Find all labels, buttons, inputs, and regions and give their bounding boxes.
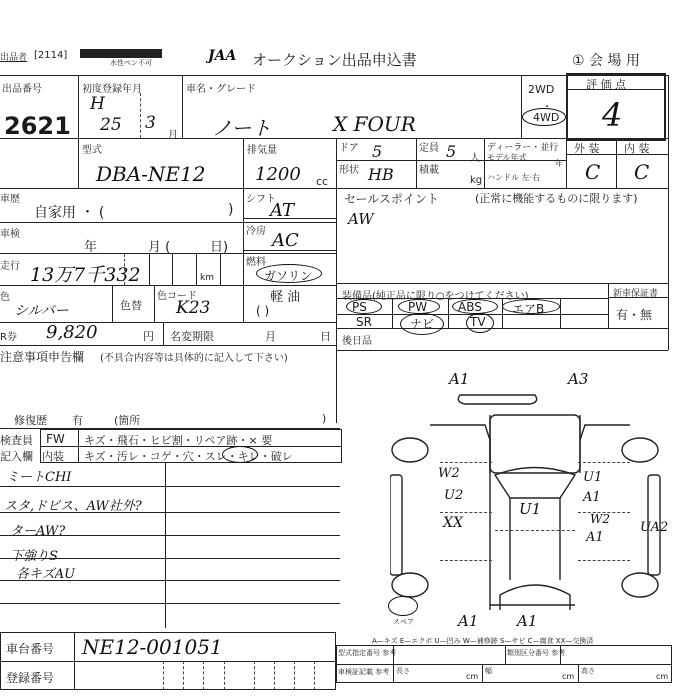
width-unit: cm [562,672,574,681]
damage-mark: UA2 [640,520,668,535]
drive-2wd: 2WD [528,83,554,96]
lot-number: 2621 [4,112,71,140]
color-code: K23 [176,298,210,318]
car-damage-diagram [390,380,670,610]
damage-mark: U1 [519,500,541,518]
chassis-label: 車台番号 [6,640,54,657]
fuel-diesel: 軽 油 [270,286,300,305]
fuel-gasoline-circle [256,264,322,283]
name-change-month: 月 [265,328,276,344]
brand-logo: JAA [208,48,236,64]
chassis-number: NE12-001051 [82,635,223,659]
first-reg-year: 25 [100,115,122,135]
doors: 5 [372,142,382,161]
usage-label: 車歴 [0,190,20,205]
spare-tire-icon [388,596,418,616]
inspection-label: 車検 [0,225,20,240]
color-change-label: 色替 [120,297,142,313]
inspection-day: 日) [210,236,228,255]
height-unit: cm [656,672,668,681]
interior-grade: C [634,160,649,184]
height-label: 高さ [581,666,595,676]
recycle-label: R券 [0,328,17,343]
inspector-entry-label: 記入欄 [0,448,33,464]
form-code: [2114] [34,50,67,61]
interior-inspect-label: 内装 [42,448,64,464]
repair-history-value: 有 [72,412,83,428]
width-label: 幅 [485,666,492,676]
lot-label: 出品番号 [2,80,42,95]
capacity-label: 定員 [419,139,439,154]
score-value: 4 [602,96,622,134]
model-label: 型式 [82,141,102,156]
drive-4wd-circle [522,108,566,126]
sale-points-label: セールスポイント [344,190,439,207]
damage-mark: A1 [583,490,601,505]
equip-sr: SR [356,315,372,329]
damage-mark: W2 [590,512,610,526]
equip-abs-circle [452,299,498,314]
damage-mark: U1 [583,470,602,485]
load-label: 積載 [419,161,439,176]
recycle-fee: 9,820 [46,322,98,343]
interior-items: キズ・汚レ・コゲ・穴・スレ・キレ・破レ [84,448,293,464]
inspection-month: 月 ( [148,236,170,255]
first-reg-era: H [90,94,105,114]
ac-label: 冷房 [246,222,266,237]
spare-label: スペア [393,617,414,627]
equip-airbag-circle [502,299,560,314]
damage-mark: A3 [568,370,588,388]
length-unit: cm [466,672,478,681]
shift-value: AT [270,200,294,221]
model-code: DBA-NE12 [96,162,205,186]
inspector-label: 検査員 [0,432,33,448]
copy-label: ① 会 場 用 [572,50,640,70]
equip-tv-circle [466,313,494,333]
capacity-unit: 人 [470,149,480,164]
name-change-label: 名変期限 [170,328,214,344]
ac-value: AC [272,230,299,251]
body-label: 形状 [339,161,359,176]
equip-pw-circle [398,299,440,314]
doors-label: ドア [339,139,359,154]
usage-value: 自家用 ・ ( [34,202,104,222]
repair-location: (箇所 [114,412,140,428]
body-type: HB [368,165,394,184]
capacity: 5 [446,142,456,161]
exterior-label: 外 装 [574,140,600,156]
damage-mark: XX [443,515,463,531]
interior-label: 内 装 [624,140,650,156]
fuel-other: ( ) [256,304,269,318]
sale-points-note: (正常に機能するものに限ります) [475,190,638,206]
sale-points-handwritten: AW [348,210,374,228]
exterior-grade: C [585,160,600,184]
later-items-label: 後日品 [342,332,372,347]
displacement-label: 排気量 [247,141,277,156]
auction-stamp [80,49,162,58]
mileage-label: 走行 [0,257,20,272]
stamp-note: 水性ペン不可 [110,58,152,68]
damage-mark: A1 [517,612,537,630]
notes-instruction: (不具合内容等は具体的に記入して下さい) [100,349,288,364]
page-title: オークション出品申込書 [252,49,417,70]
inspector-line-1: ミートCHI [6,466,71,485]
model-year-unit: 年 [555,158,563,169]
color-label: 色 [0,288,10,303]
cert-label: 車検証記載 参考 [338,667,389,677]
displacement: 1200 [255,164,301,185]
notes-label: 注意事項申告欄 [0,348,84,365]
equip-ps-circle [346,299,382,314]
first-reg-month: 3 [145,113,156,133]
seller-badge: 出品者 [0,50,27,63]
handle-label: ハンドル 左·右 [487,172,540,183]
load-unit: kg [470,175,482,186]
damage-mark: U2 [444,488,463,503]
car-grade: X FOUR [333,112,416,136]
inspection-year: 年 [84,236,97,255]
category-label: 類別区分番号 参考 [507,648,565,658]
name-change-day: 日 [320,328,331,344]
scuff-circle [222,446,258,463]
usage-close: ) [228,202,233,218]
registration-label: 登録番号 [6,669,54,686]
color-value: シルバー [14,300,69,320]
car-name-label: 車名・グレード [186,80,256,95]
mileage-unit: km [200,273,214,283]
displacement-unit: cc [316,175,328,188]
equip-navi-circle [400,313,444,335]
fw-label: FW [46,432,65,446]
car-name: ノート [212,112,271,141]
inspector-line-4: 下強りS [10,545,58,564]
fuel-label: 燃料 [246,253,266,268]
damage-mark: A1 [458,612,478,630]
first-reg-label: 初度登録年月 [82,80,142,95]
warranty-value: 有・無 [616,306,652,323]
damage-mark: W2 [438,466,460,481]
inspector-line-3: ターAW? [10,520,65,539]
damage-mark: A1 [586,530,604,545]
length-label: 長さ [396,666,410,676]
damage-mark: A1 [449,370,469,388]
recycle-unit: 円 [143,328,154,344]
month-unit: 月 [168,126,178,141]
repair-history-label: 修復歴 [14,412,47,428]
type-approval-label: 型式指定番号 参考 [338,648,396,658]
repair-close: ) [322,412,326,425]
model-year-label: モデル年式 [487,152,527,163]
